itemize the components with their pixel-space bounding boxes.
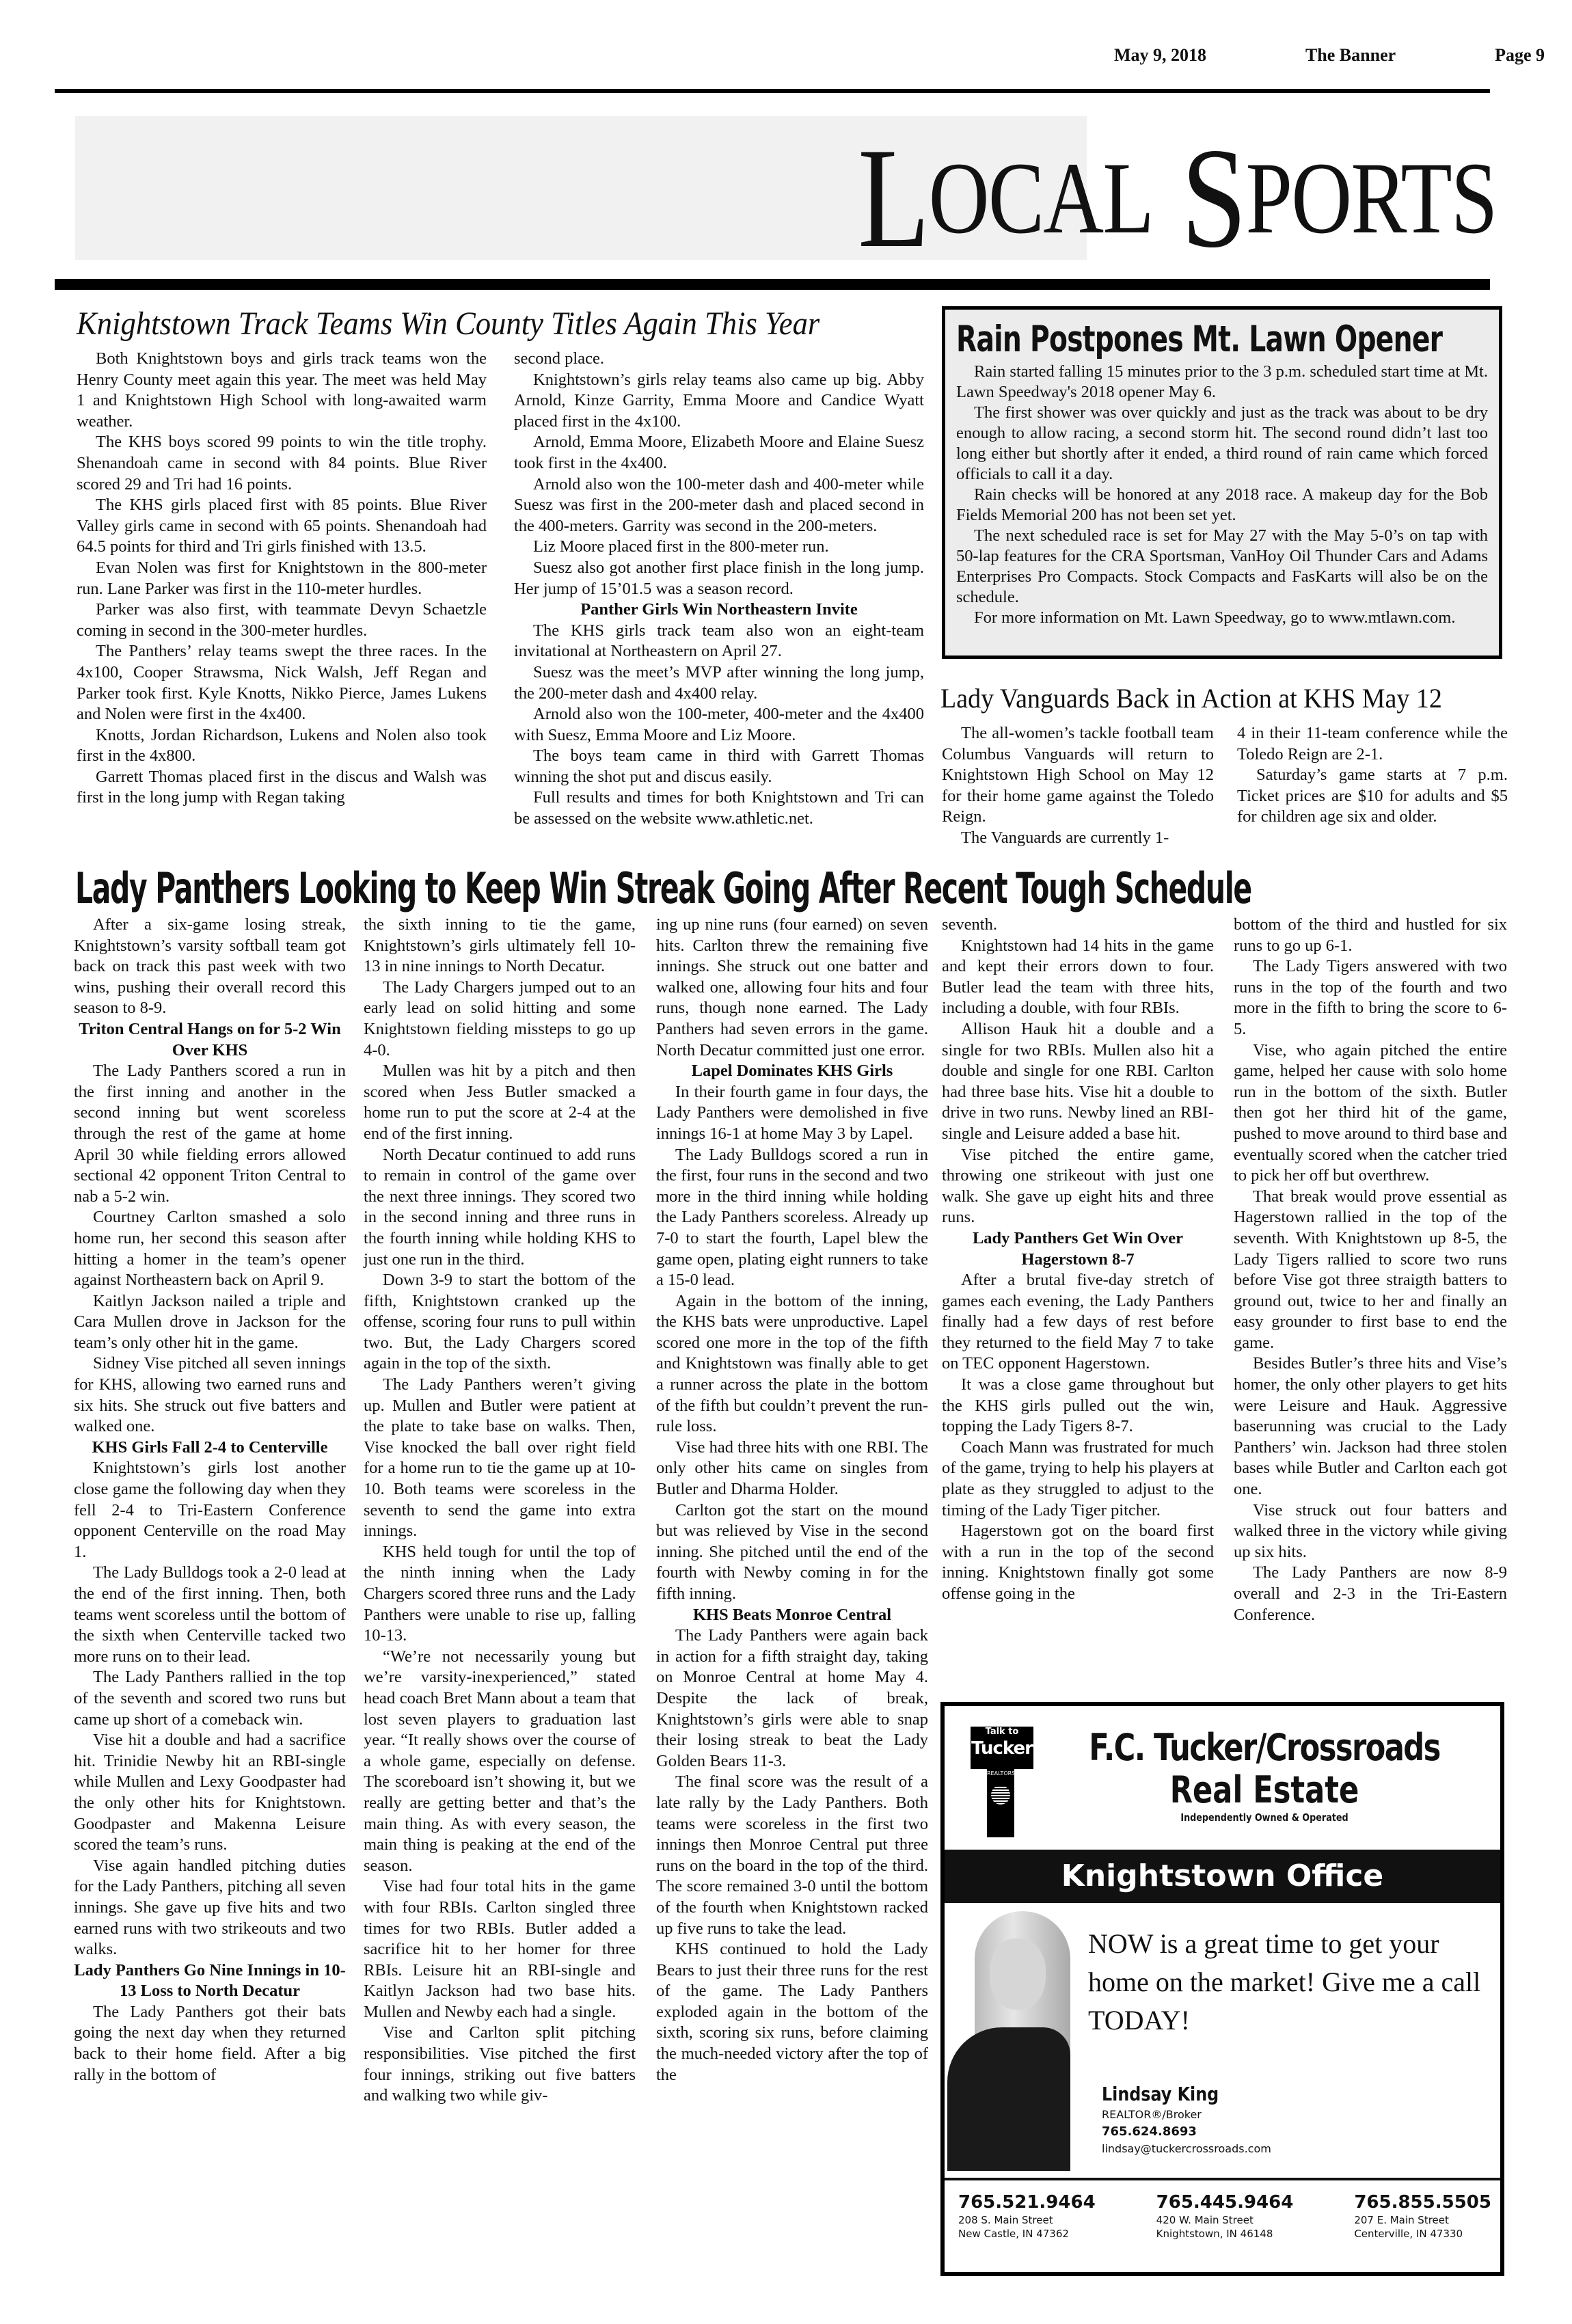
subheading: Lady Panthers Get Win Over Hagerstown 8-…: [942, 1228, 1214, 1270]
paragraph: Vise struck out four batters and walked …: [1234, 1500, 1507, 1563]
track-headline: Knightstown Track Teams Win County Title…: [77, 305, 865, 343]
paragraph: Carlton got the start on the mound but w…: [656, 1500, 928, 1605]
masthead-rule: [55, 279, 1490, 290]
paragraph: Hagerstown got on the board first with a…: [942, 1521, 1214, 1604]
page-folio: May 9, 2018 The Banner Page 9: [1114, 45, 1545, 72]
ad-divider: [945, 2178, 1500, 2180]
paragraph: Knightstown’s girls relay teams also cam…: [514, 370, 924, 433]
paragraph: For more information on Mt. Lawn Speedwa…: [956, 608, 1488, 628]
paragraph: Besides Butler’s three hits and Vise’s h…: [1234, 1353, 1507, 1500]
top-rule: [55, 89, 1490, 93]
track-column-1: Both Knightstown boys and girls track te…: [77, 349, 487, 809]
paragraph: Arnold, Emma Moore, Elizabeth Moore and …: [514, 432, 924, 474]
paragraph: Sidney Vise pitched all seven innings fo…: [74, 1353, 346, 1437]
paragraph: Knotts, Jordan Richardson, Lukens and No…: [77, 725, 487, 767]
agent-contact: Lindsay King REALTOR®/Broker 765.624.869…: [1102, 2082, 1389, 2157]
office-new-castle: 765.521.9464 208 S. Main Street New Cast…: [958, 2191, 1096, 2241]
paragraph: It was a close game throughout but the K…: [942, 1375, 1214, 1437]
subheading: KHS Beats Monroe Central: [656, 1605, 928, 1626]
panthers-column-2: the sixth inning to tie the game, Knight…: [364, 915, 636, 2107]
paragraph: The Lady Panthers were again back in act…: [656, 1625, 928, 1772]
paragraph: “We’re not necessarily young but we’re v…: [364, 1647, 636, 1877]
paragraph-continued: seventh.: [942, 915, 1214, 936]
vanguards-column-1: The all-women’s tackle football team Col…: [942, 723, 1214, 849]
paragraph: Parker was also first, with teammate Dev…: [77, 599, 487, 641]
paragraph: Rain checks will be honored at any 2018 …: [956, 485, 1488, 526]
paragraph: The KHS girls track team also won an eig…: [514, 621, 924, 662]
paper-name: The Banner: [1305, 45, 1396, 72]
paragraph: That break would prove essential as Hage…: [1234, 1187, 1507, 1354]
paragraph: The Lady Panthers weren’t giving up. Mul…: [364, 1375, 636, 1542]
paragraph: After a six-game losing streak, Knightst…: [74, 915, 346, 1019]
paragraph: Vise pitched the entire game, throwing o…: [942, 1145, 1214, 1228]
office-knightstown: 765.445.9464 420 W. Main Street Knightst…: [1156, 2191, 1294, 2241]
paragraph: The Lady Bulldogs scored a run in the fi…: [656, 1145, 928, 1291]
paragraph: The KHS girls placed first with 85 point…: [77, 495, 487, 558]
subheading: Lady Panthers Go Nine Innings in 10-13 L…: [74, 1960, 346, 2002]
panthers-column-1: After a six-game losing streak, Knightst…: [74, 915, 346, 2085]
paragraph: The final score was the result of a late…: [656, 1772, 928, 1939]
paragraph: Vise again handled pitching duties for t…: [74, 1856, 346, 1960]
paragraph: Liz Moore placed first in the 800-meter …: [514, 537, 924, 558]
subheading: Panther Girls Win Northeastern Invite: [514, 599, 924, 621]
subheading: KHS Girls Fall 2-4 to Centerville: [74, 1437, 346, 1459]
paragraph: In their fourth game in four days, the L…: [656, 1082, 928, 1145]
vanguards-headline: Lady Vanguards Back in Action at KHS May…: [940, 681, 1480, 716]
paragraph-continued: bottom of the third and hustled for six …: [1234, 915, 1507, 956]
masthead-s: S: [1182, 130, 1246, 267]
panthers-headline: Lady Panthers Looking to Keep Win Streak…: [75, 863, 1022, 915]
ad-brand: F.C. Tucker/Crossroads Real Estate Indep…: [1039, 1727, 1490, 1824]
track-column-2: second place. Knightstown’s girls relay …: [514, 349, 924, 830]
panthers-column-5: bottom of the third and hustled for six …: [1234, 915, 1507, 1625]
paragraph: The Lady Chargers jumped out to an early…: [364, 977, 636, 1061]
paragraph: The Panthers’ relay teams swept the thre…: [77, 641, 487, 725]
panthers-column-4: seventh.Knightstown had 14 hits in the g…: [942, 915, 1214, 1605]
globe-icon: REALTORS: [987, 1769, 1014, 1837]
paragraph: Kaitlyn Jackson nailed a triple and Cara…: [74, 1291, 346, 1354]
paragraph: Suesz was the meet’s MVP after winning t…: [514, 662, 924, 704]
realty-advertisement: Talk to Tucker REALTORS F.C. Tucker/Cros…: [940, 1702, 1504, 2276]
paragraph: The first shower was over quickly and ju…: [956, 403, 1488, 485]
office-list: 765.521.9464 208 S. Main Street New Cast…: [958, 2191, 1491, 2241]
paragraph: The next scheduled race is set for May 2…: [956, 526, 1488, 608]
paragraph: The boys team came in third with Garrett…: [514, 746, 924, 787]
paragraph: Coach Mann was frustrated for much of th…: [942, 1437, 1214, 1521]
paragraph: The Lady Panthers scored a run in the fi…: [74, 1061, 346, 1207]
paragraph: The Lady Panthers got their bats going t…: [74, 2002, 346, 2085]
paragraph: Rain started falling 15 minutes prior to…: [956, 362, 1488, 403]
paragraph: The KHS boys scored 99 points to win the…: [77, 432, 487, 495]
paragraph: KHS held tough for until the top of the …: [364, 1542, 636, 1647]
paragraph: Full results and times for both Knightst…: [514, 787, 924, 829]
paragraph: Both Knightstown boys and girls track te…: [77, 349, 487, 432]
rain-headline: Rain Postpones Mt. Lawn Opener: [956, 318, 1350, 362]
paragraph: Vise and Carlton split pitching responsi…: [364, 2023, 636, 2106]
agent-photo: [947, 1911, 1077, 2171]
paragraph: Saturday’s game starts at 7 p.m. Ticket …: [1237, 765, 1508, 828]
paragraph: Evan Nolen was first for Knightstown in …: [77, 558, 487, 599]
masthead-l: L: [858, 130, 929, 267]
paragraph: Vise had three hits with one RBI. The on…: [656, 1437, 928, 1500]
paragraph: Mullen was hit by a pitch and then score…: [364, 1061, 636, 1144]
paragraph: Arnold also won the 100-meter, 400-meter…: [514, 704, 924, 746]
paragraph: The Lady Bulldogs took a 2-0 lead at the…: [74, 1563, 346, 1667]
paragraph: The Lady Tigers answered with two runs i…: [1234, 956, 1507, 1040]
paragraph: The Vanguards are currently 1-: [942, 828, 1214, 849]
paragraph: North Decatur continued to add runs to r…: [364, 1145, 636, 1271]
paragraph: Arnold also won the 100-meter dash and 4…: [514, 474, 924, 537]
paragraph: Knightstown had 14 hits in the game and …: [942, 936, 1214, 1019]
paragraph-continued: ing up nine runs (four earned) on seven …: [656, 915, 928, 1061]
paragraph: Again in the bottom of the inning, the K…: [656, 1291, 928, 1437]
paragraph: Suesz also got another first place finis…: [514, 558, 924, 599]
issue-date: May 9, 2018: [1114, 45, 1206, 72]
paragraph: Knightstown’s girls lost another close g…: [74, 1458, 346, 1563]
office-banner: Knightstown Office: [945, 1850, 1500, 1903]
subheading: Lapel Dominates KHS Girls: [656, 1061, 928, 1082]
paragraph: KHS continued to hold the Lady Bears to …: [656, 1939, 928, 2085]
tucker-logo: Talk to Tucker: [971, 1727, 1033, 1769]
paragraph: Vise hit a double and had a sacrifice hi…: [74, 1730, 346, 1856]
agent-email[interactable]: lindsay@tuckercrossroads.com: [1102, 2141, 1389, 2157]
rain-body: Rain started falling 15 minutes prior to…: [956, 362, 1488, 628]
panthers-column-3: ing up nine runs (four earned) on seven …: [656, 915, 928, 2085]
paragraph-continued: the sixth inning to tie the game, Knight…: [364, 915, 636, 977]
section-masthead: LOCAL SPORTS: [858, 109, 1497, 267]
subheading: Triton Central Hangs on for 5-2 Win Over…: [74, 1019, 346, 1061]
paragraph: Vise, who again pitched the entire game,…: [1234, 1040, 1507, 1187]
paragraph: Vise had four total hits in the game wit…: [364, 1876, 636, 2023]
vanguards-column-2: 4 in their 11-team conference while the …: [1237, 723, 1508, 828]
paragraph: The Lady Panthers are now 8-9 overall an…: [1234, 1563, 1507, 1625]
paragraph: The Lady Panthers rallied in the top of …: [74, 1667, 346, 1730]
rain-postpones-box: Rain Postpones Mt. Lawn Opener Rain star…: [942, 306, 1502, 659]
paragraph: Courtney Carlton smashed a solo home run…: [74, 1207, 346, 1291]
paragraph: Allison Hauk hit a double and a single f…: [942, 1019, 1214, 1145]
paragraph: The all-women’s tackle football team Col…: [942, 723, 1214, 828]
page-number: Page 9: [1495, 45, 1545, 72]
paragraph: Garrett Thomas placed first in the discu…: [77, 767, 487, 809]
paragraph: After a brutal five-day stretch of games…: [942, 1270, 1214, 1375]
ad-pitch: NOW is a great time to get your home on …: [1088, 1925, 1485, 2040]
paragraph: Down 3-9 to start the bottom of the fift…: [364, 1270, 636, 1375]
office-centerville: 765.855.5505 207 E. Main Street Centervi…: [1354, 2191, 1491, 2241]
